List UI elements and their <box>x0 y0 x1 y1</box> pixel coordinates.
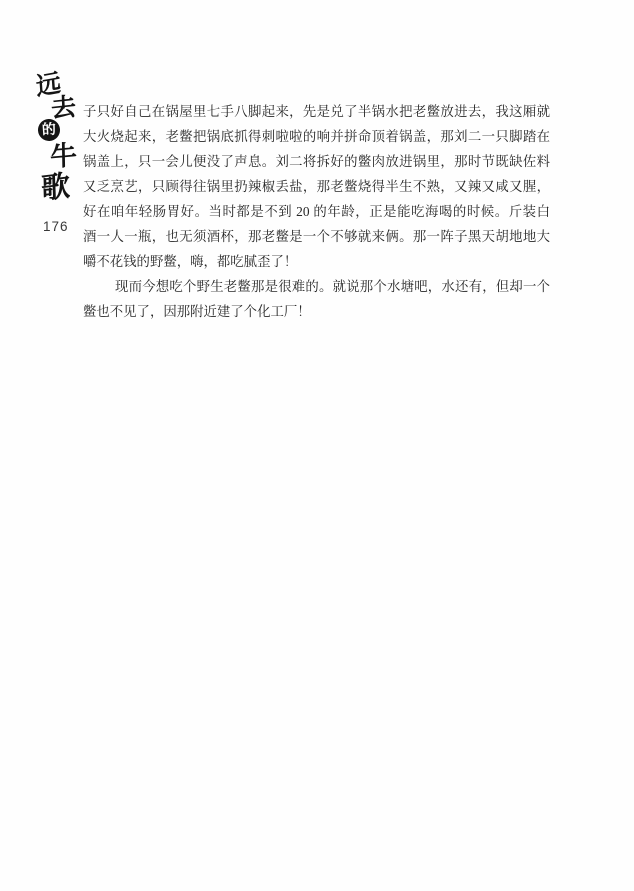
text-line: 大火烧起来，老鳖把锅底抓得刺啦啦的响并拼命顶着锅盖，那刘二一只脚踏在 <box>83 124 550 149</box>
book-page: 远去的牛歌 176 子只好自己在锅屋里七手八脚起来，先是兑了半锅水把老鳖放进去，… <box>0 0 634 891</box>
text-line: 嚼不花钱的野鳖，嗨，都吃腻歪了！ <box>83 249 550 274</box>
text-line: 酒一人一瓶，也无须酒杯，那老鳖是一个不够就来俩。那一阵子黑天胡地地大 <box>83 224 550 249</box>
text-line: 现而今想吃个野生老鳖那是很难的。就说那个水塘吧，水还有，但却一个 <box>83 274 550 299</box>
text-line: 锅盖上，只一会儿便没了声息。刘二将拆好的鳖肉放进锅里，那时节既缺佐料 <box>83 149 550 174</box>
body-text: 子只好自己在锅屋里七手八脚起来，先是兑了半锅水把老鳖放进去，我这厢就大火烧起来，… <box>83 99 550 324</box>
title-char: 牛 <box>50 142 77 171</box>
page-number: 176 <box>43 219 69 234</box>
text-line: 好在咱年轻肠胃好。当时都是不到 20 的年龄，正是能吃海喝的时候。斤装白 <box>83 199 550 224</box>
title-char: 去 <box>51 94 77 122</box>
text-line: 鳖也不见了，因那附近建了个化工厂！ <box>83 299 550 324</box>
text-line: 子只好自己在锅屋里七手八脚起来，先是兑了半锅水把老鳖放进去，我这厢就 <box>83 99 550 124</box>
title-char-circled: 的 <box>37 118 60 141</box>
book-title-calligraphy: 远去的牛歌 <box>34 72 86 220</box>
text-line: 又乏烹艺，只顾得往锅里扔辣椒丢盐，那老鳖烧得半生不熟，又辣又咸又腥， <box>83 174 550 199</box>
title-char: 歌 <box>41 171 71 204</box>
